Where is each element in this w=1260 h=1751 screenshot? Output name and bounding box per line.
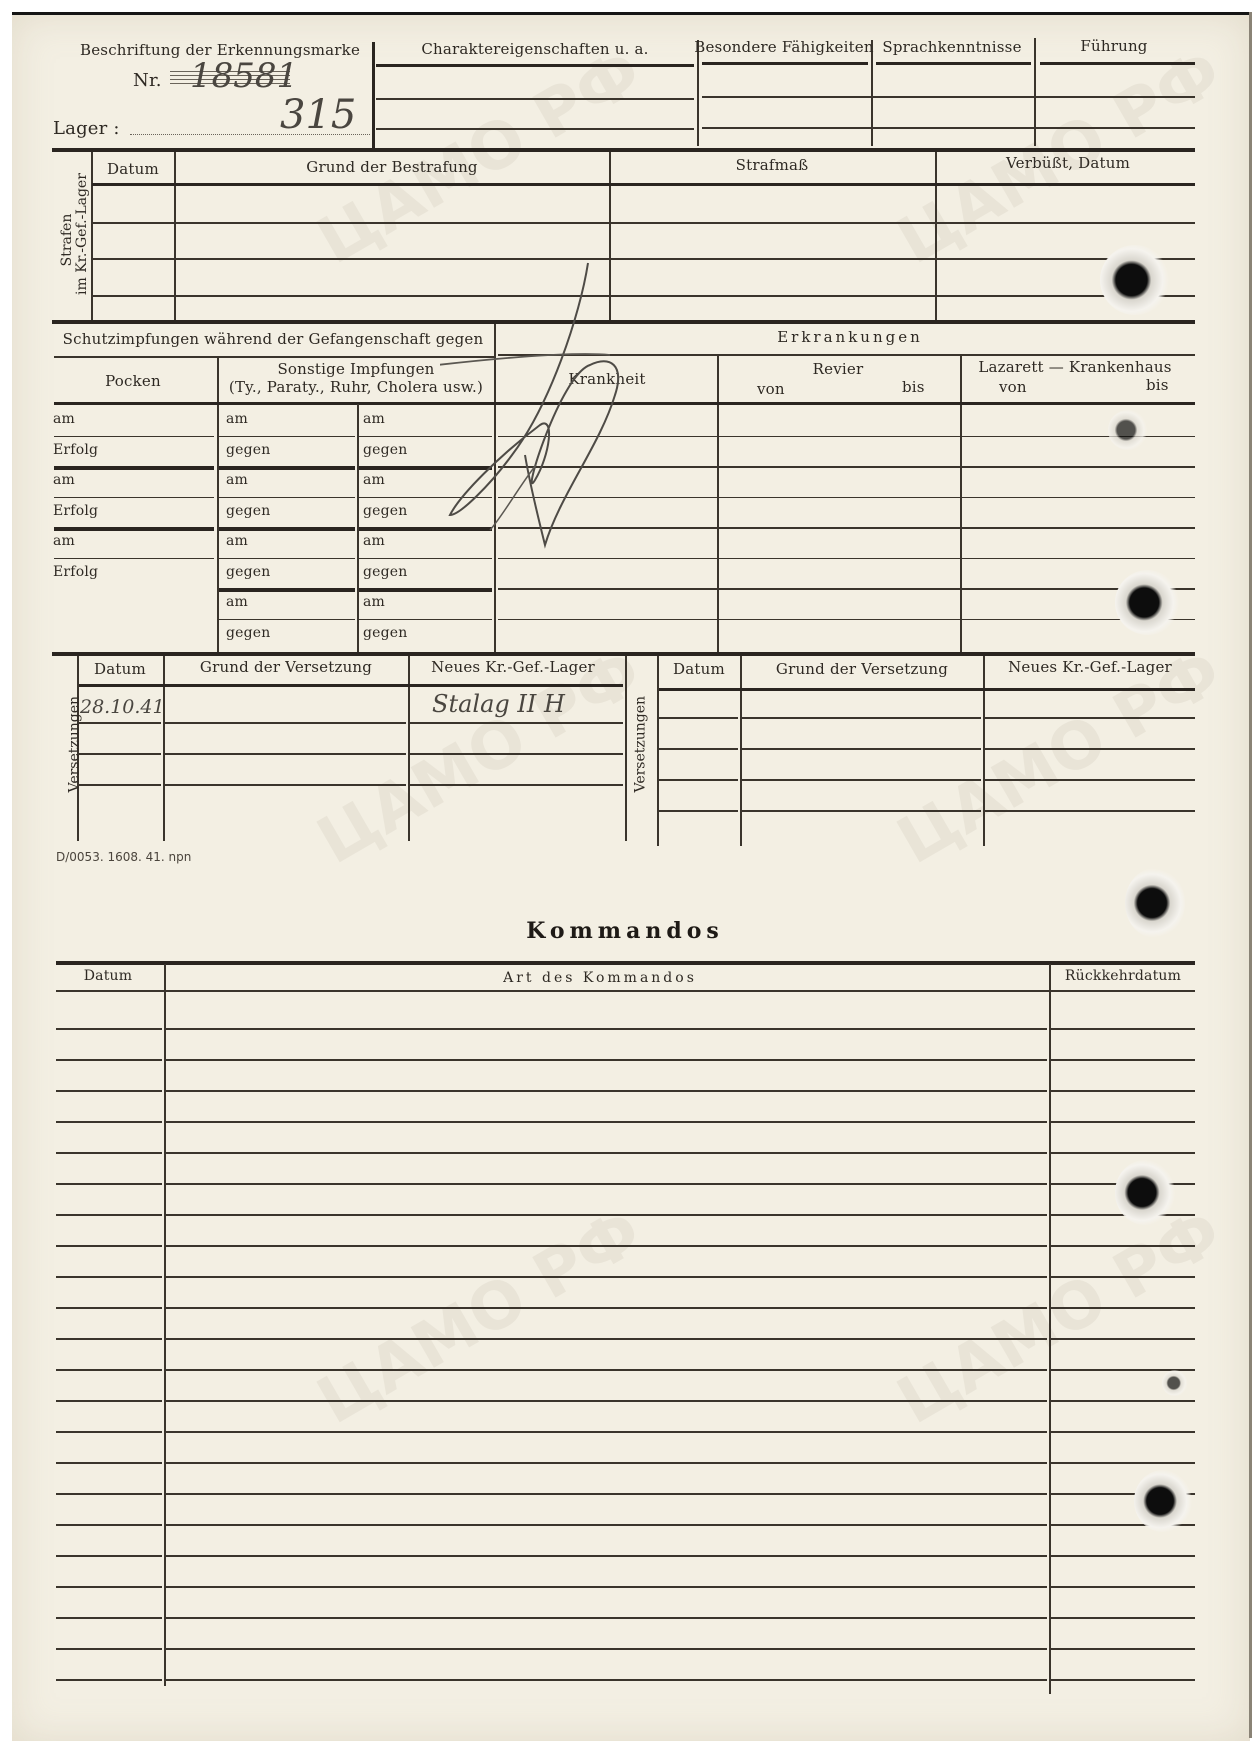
rule	[659, 779, 738, 781]
punch-hole	[1115, 570, 1180, 635]
rule	[659, 810, 738, 812]
rule	[702, 96, 1195, 98]
pocken-row-label: Erfolg	[53, 564, 98, 580]
rule	[219, 436, 355, 438]
punch-hole	[1115, 1160, 1175, 1225]
pocken-row-label: am	[53, 411, 75, 427]
lazarett-von: von	[999, 378, 1027, 396]
other-vacc-row-label: am	[226, 472, 248, 488]
rule	[79, 753, 161, 755]
rule	[54, 558, 214, 560]
divider	[960, 356, 962, 656]
col-header-datum: Datum	[107, 160, 159, 178]
side-label-line: Strafen	[59, 214, 75, 267]
divider	[983, 656, 985, 846]
rule	[166, 1617, 1047, 1619]
rule	[56, 1028, 162, 1030]
print-code: D/0053. 1608. 41. npn	[56, 850, 191, 864]
rule	[56, 1431, 162, 1433]
rule	[79, 722, 161, 724]
lazarett-label: Lazarett — Krankenhaus	[978, 358, 1171, 376]
rule	[659, 717, 738, 719]
rule	[1051, 1028, 1195, 1030]
rule	[410, 722, 623, 724]
rule	[56, 1679, 162, 1681]
rule	[56, 1152, 162, 1154]
rule	[56, 1338, 162, 1340]
other-vacc-row-label: am	[226, 594, 248, 610]
rule	[56, 1307, 162, 1309]
rule	[1051, 1617, 1195, 1619]
rule	[54, 466, 214, 470]
rule	[56, 1183, 162, 1185]
rule	[54, 436, 214, 438]
rule	[1051, 1648, 1195, 1650]
punishments-side-label: Strafenim Kr.-Gef.-Lager	[60, 185, 90, 295]
rule	[659, 688, 1195, 691]
other-vacc-row-label: gegen	[363, 625, 408, 641]
punch-hole	[1100, 245, 1170, 315]
punch-hole	[1108, 410, 1148, 450]
rule	[166, 1524, 1047, 1526]
rule	[742, 748, 981, 750]
rule	[56, 1214, 162, 1216]
rule	[410, 753, 623, 755]
rule	[92, 183, 1195, 186]
punch-hole	[1125, 868, 1185, 938]
rule	[1051, 1586, 1195, 1588]
rule	[166, 1245, 1047, 1247]
rule	[1051, 1462, 1195, 1464]
lager-label: Lager :	[53, 118, 120, 139]
rule	[166, 1555, 1047, 1557]
pocken-label: Pocken	[105, 372, 161, 390]
transfer-date: 28.10.41	[80, 696, 165, 718]
transfers-side-label-right: Versetzungen	[634, 703, 649, 793]
col-header-kommando-type: Art des Kommandos	[503, 970, 697, 986]
rule	[1051, 1121, 1195, 1123]
rule	[1040, 62, 1195, 65]
rule	[166, 1214, 1047, 1216]
rule	[498, 588, 1195, 590]
other-vacc-row-label: gegen	[363, 503, 408, 519]
other-vacc-row-label: gegen	[226, 503, 271, 519]
divider	[372, 42, 375, 148]
rule	[1051, 1307, 1195, 1309]
rule	[56, 990, 1195, 992]
rule	[56, 1586, 162, 1588]
rule	[56, 1524, 162, 1526]
rule	[166, 1152, 1047, 1154]
col-header-languages: Sprachkenntnisse	[882, 38, 1021, 56]
nr-value: 18581	[190, 56, 298, 96]
rule	[166, 1028, 1047, 1030]
rule	[56, 1400, 162, 1402]
rule	[79, 684, 623, 687]
other-vacc-row-label: gegen	[363, 442, 408, 458]
pocken-row-label: Erfolg	[53, 503, 98, 519]
col-header-served: Verbüßt, Datum	[1006, 154, 1130, 172]
rule	[985, 717, 1195, 719]
other-vacc-row-label: am	[363, 533, 385, 549]
revier-label: Revier	[813, 360, 864, 378]
rule	[166, 1431, 1047, 1433]
rule	[1051, 1090, 1195, 1092]
kommandos-title: Kommandos	[526, 918, 724, 944]
pocken-row-label: Erfolg	[53, 442, 98, 458]
col-header-penalty: Strafmaß	[736, 156, 809, 174]
rule	[166, 1369, 1047, 1371]
rule	[166, 1462, 1047, 1464]
other-vacc-row-label: gegen	[226, 442, 271, 458]
divider	[1034, 38, 1036, 146]
rule	[498, 558, 1195, 560]
rule	[742, 810, 981, 812]
revier-bis: bis	[902, 378, 925, 396]
rule	[166, 1400, 1047, 1402]
rule	[166, 1586, 1047, 1588]
col-header-transfer-reason: Grund der Versetzung	[776, 660, 948, 678]
rule	[56, 1493, 162, 1495]
other-vacc-row-label: am	[226, 411, 248, 427]
rule	[359, 588, 492, 592]
rule	[56, 1617, 162, 1619]
col-header-datum: Datum	[94, 660, 146, 678]
col-header-transfer-reason: Grund der Versetzung	[200, 658, 372, 676]
col-header-abilities: Besondere Fähigkeiten	[694, 38, 874, 56]
col-header-new-camp: Neues Kr.-Gef.-Lager	[1008, 658, 1172, 676]
rule	[1051, 1555, 1195, 1557]
divider	[717, 356, 719, 656]
rule	[54, 356, 494, 358]
other-label-line: Sonstige Impfungen	[277, 360, 434, 378]
rule	[166, 1090, 1047, 1092]
divider	[740, 656, 742, 846]
rule	[56, 1090, 162, 1092]
col-header-new-camp: Neues Kr.-Gef.-Lager	[431, 658, 595, 676]
rule	[166, 1307, 1047, 1309]
other-vacc-row-label: am	[226, 533, 248, 549]
rule	[56, 1648, 162, 1650]
rule	[79, 784, 161, 786]
rule	[376, 128, 694, 130]
rule	[985, 810, 1195, 812]
rule	[165, 784, 406, 786]
rule	[56, 1462, 162, 1464]
rule	[54, 527, 214, 531]
divider	[657, 656, 659, 846]
divider	[1049, 964, 1051, 1694]
rule	[56, 1245, 162, 1247]
section-rule	[52, 148, 1195, 152]
rule	[219, 619, 355, 621]
rule	[1051, 1245, 1195, 1247]
rule	[219, 497, 355, 499]
divider	[625, 656, 627, 841]
rule	[166, 1338, 1047, 1340]
vaccinations-title: Schutzimpfungen während der Gefangenscha…	[63, 330, 484, 348]
other-vacc-row-label: gegen	[363, 564, 408, 580]
side-label-line: im Kr.-Gef.-Lager	[74, 173, 90, 295]
rule	[742, 717, 981, 719]
rule	[702, 127, 1195, 129]
rule	[56, 1276, 162, 1278]
rule	[876, 62, 1031, 65]
other-vacc-row-label: am	[363, 472, 385, 488]
rule	[1051, 1276, 1195, 1278]
col-header-conduct: Führung	[1080, 37, 1147, 55]
illnesses-title: Erkrankungen	[777, 328, 923, 346]
rule	[498, 619, 1195, 621]
rule	[56, 1555, 162, 1557]
section-rule	[56, 961, 1195, 965]
rule	[359, 558, 492, 560]
punch-hole	[1162, 1370, 1188, 1396]
rule	[985, 779, 1195, 781]
rule	[166, 1493, 1047, 1495]
rule	[410, 784, 623, 786]
punch-hole	[1134, 1470, 1192, 1532]
section-rule	[52, 652, 1195, 656]
lazarett-bis: bis	[1146, 376, 1169, 394]
col-header-character: Charaktereigenschaften u. a.	[421, 40, 648, 58]
lager-value: 315	[280, 92, 356, 138]
rule	[359, 619, 492, 621]
rule	[376, 98, 694, 100]
rule	[1051, 1679, 1195, 1681]
rule	[376, 64, 694, 67]
rule	[56, 1369, 162, 1371]
pocken-row-label: am	[53, 533, 75, 549]
rule	[166, 1183, 1047, 1185]
col-header-reason: Grund der Bestrafung	[306, 158, 477, 176]
rule	[54, 497, 214, 499]
rule	[1051, 1400, 1195, 1402]
revier-von: von	[757, 380, 785, 398]
rule	[1051, 1059, 1195, 1061]
rule	[219, 588, 355, 592]
rule	[702, 62, 868, 65]
rule	[166, 1276, 1047, 1278]
other-vacc-row-label: am	[363, 594, 385, 610]
divider	[164, 964, 166, 1686]
other-vacc-row-label: gegen	[226, 564, 271, 580]
rule	[166, 1059, 1047, 1061]
rule	[1051, 1152, 1195, 1154]
pocken-row-label: am	[53, 472, 75, 488]
rule	[1051, 1338, 1195, 1340]
col-header-datum: Datum	[673, 660, 725, 678]
rule	[166, 1648, 1047, 1650]
nr-label: Nr.	[133, 70, 162, 91]
rule	[166, 1121, 1047, 1123]
rule	[165, 753, 406, 755]
rule	[56, 1059, 162, 1061]
rule	[56, 1121, 162, 1123]
page-edge	[1249, 12, 1252, 1738]
rule	[165, 722, 406, 724]
signature-scribble	[440, 255, 660, 555]
transfer-new-camp: Stalag II H	[432, 690, 565, 718]
col-header-return-date: Rückkehrdatum	[1065, 968, 1181, 984]
rule	[219, 466, 355, 470]
rule	[985, 748, 1195, 750]
rule	[1051, 1431, 1195, 1433]
col-header-datum: Datum	[84, 968, 133, 984]
other-vacc-row-label: gegen	[226, 625, 271, 641]
rule	[219, 558, 355, 560]
rule	[166, 1679, 1047, 1681]
rule	[742, 779, 981, 781]
rule	[92, 222, 1195, 224]
rule	[219, 527, 355, 531]
other-vacc-row-label: am	[363, 411, 385, 427]
rule	[659, 748, 738, 750]
